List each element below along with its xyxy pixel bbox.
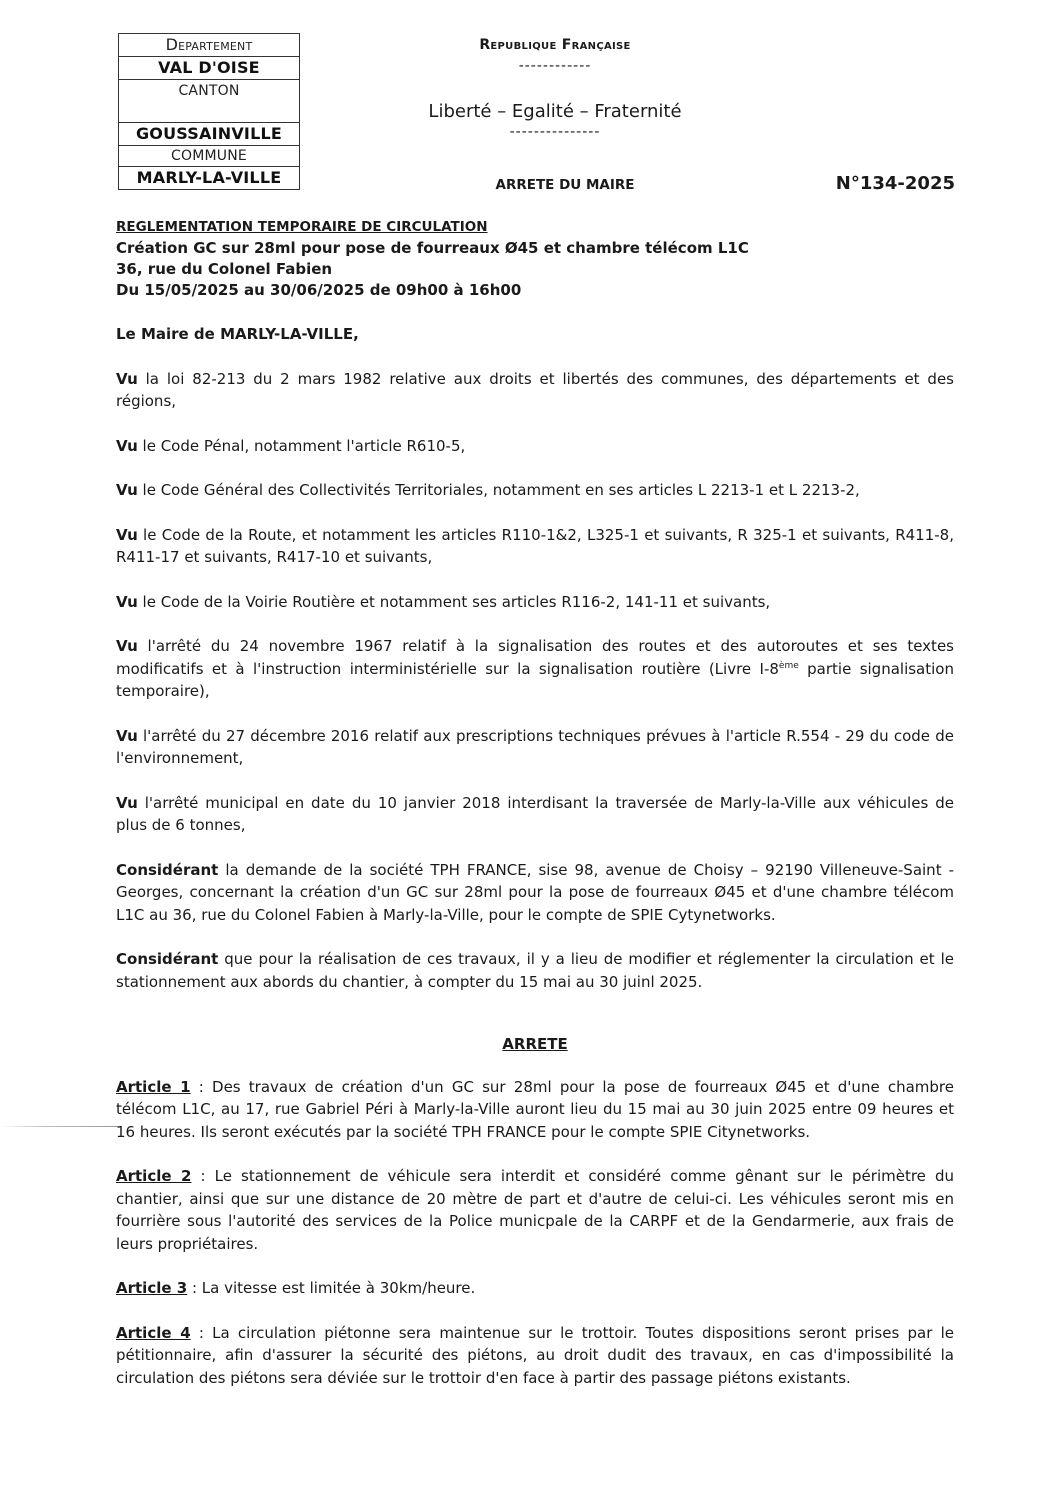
republic-motto: Liberté – Egalité – Fraternité [420, 101, 690, 122]
article-separator: : [191, 1167, 214, 1185]
article-text: Le stationnement de véhicule sera interd… [116, 1167, 954, 1253]
visa-paragraph: Vu l'arrêté du 24 novembre 1967 relatif … [116, 635, 954, 703]
article-label: Article 4 [116, 1324, 191, 1342]
article-paragraph: Article 3 : La vitesse est limitée à 30k… [116, 1277, 954, 1300]
article-separator: : [191, 1324, 213, 1342]
article-text: La circulation piétonne sera maintenue s… [116, 1324, 954, 1387]
visa-lead: Vu [116, 593, 138, 611]
visa-paragraph: Vu l'arrêté municipal en date du 10 janv… [116, 792, 954, 837]
superscript: ème [779, 661, 799, 671]
visa-paragraph: Vu le Code Général des Collectivités Ter… [116, 479, 954, 502]
visa-text: la loi 82-213 du 2 mars 1982 relative au… [116, 370, 954, 411]
visa-paragraph: Vu le Code de la Voirie Routière et nota… [116, 591, 954, 614]
document-body: REGLEMENTATION TEMPORAIRE DE CIRCULATION… [116, 217, 954, 1389]
visa-lead: Vu [116, 437, 138, 455]
article-text: Des travaux de création d'un GC sur 28ml… [116, 1078, 954, 1141]
visa-text: le Code Général des Collectivités Territ… [138, 481, 860, 499]
visa-text: l'arrêté du 27 décembre 2016 relatif aux… [116, 727, 954, 768]
visa-lead: Vu [116, 481, 138, 499]
article-separator: : [191, 1078, 212, 1096]
article-paragraph: Article 1 : Des travaux de création d'un… [116, 1076, 954, 1144]
considerant-lead: Considérant [116, 861, 218, 879]
subject-block: REGLEMENTATION TEMPORAIRE DE CIRCULATION… [116, 217, 954, 301]
subject-heading: REGLEMENTATION TEMPORAIRE DE CIRCULATION [116, 217, 954, 238]
visa-lead: Vu [116, 727, 138, 745]
articles-list: Article 1 : Des travaux de création d'un… [116, 1076, 954, 1390]
visas-list: Vu la loi 82-213 du 2 mars 1982 relative… [116, 368, 954, 837]
subject-address: 36, rue du Colonel Fabien [116, 259, 954, 280]
separator: --------------- [420, 124, 690, 140]
department-value: VAL D'OISE [119, 57, 299, 80]
visa-text: le Code de la Route, et notamment les ar… [116, 526, 954, 567]
mayor-line: Le Maire de MARLY-LA-VILLE, [116, 323, 954, 346]
visa-lead: Vu [116, 794, 138, 812]
commune-value: MARLY-LA-VILLE [119, 167, 299, 189]
document-number: N°134-2025 [820, 173, 955, 194]
document-type: ARRETE DU MAIRE [440, 177, 690, 193]
visa-text: le Code Pénal, notamment l'article R610-… [138, 437, 466, 455]
article-label: Article 2 [116, 1167, 191, 1185]
article-text: La vitesse est limitée à 30km/heure. [202, 1279, 476, 1297]
visa-paragraph: Vu le Code de la Route, et notamment les… [116, 524, 954, 569]
article-paragraph: Article 4 : La circulation piétonne sera… [116, 1322, 954, 1390]
subject-dates: Du 15/05/2025 au 30/06/2025 de 09h00 à 1… [116, 280, 954, 301]
article-paragraph: Article 2 : Le stationnement de véhicule… [116, 1165, 954, 1255]
considerants-list: Considérant la demande de la société TPH… [116, 859, 954, 994]
considerant-paragraph: Considérant la demande de la société TPH… [116, 859, 954, 927]
separator: ------------ [420, 58, 690, 74]
visa-paragraph: Vu l'arrêté du 27 décembre 2016 relatif … [116, 725, 954, 770]
decision-title: ARRETE [116, 1033, 954, 1056]
department-label: Departement [119, 34, 299, 57]
visa-lead: Vu [116, 637, 138, 655]
subject-line: Création GC sur 28ml pour pose de fourre… [116, 238, 954, 259]
canton-label: CANTON [119, 80, 299, 123]
scan-artifact-line [0, 1126, 118, 1127]
commune-label: COMMUNE [119, 146, 299, 167]
canton-value: GOUSSAINVILLE [119, 123, 299, 146]
considerant-text: la demande de la société TPH FRANCE, sis… [116, 861, 954, 924]
article-separator: : [187, 1279, 202, 1297]
visa-paragraph: Vu le Code Pénal, notamment l'article R6… [116, 435, 954, 458]
considerant-lead: Considérant [116, 950, 218, 968]
visa-paragraph: Vu la loi 82-213 du 2 mars 1982 relative… [116, 368, 954, 413]
visa-text: le Code de la Voirie Routière et notamme… [138, 593, 770, 611]
visa-text: l'arrêté municipal en date du 10 janvier… [116, 794, 954, 835]
considerant-paragraph: Considérant que pour la réalisation de c… [116, 948, 954, 993]
visa-lead: Vu [116, 370, 138, 388]
article-label: Article 1 [116, 1078, 191, 1096]
administrative-info-box: Departement VAL D'OISE CANTON GOUSSAINVI… [118, 33, 300, 190]
article-label: Article 3 [116, 1279, 187, 1297]
document-page: Departement VAL D'OISE CANTON GOUSSAINVI… [0, 0, 1058, 1496]
republic-title: Republique Française [420, 37, 690, 53]
considerant-text: que pour la réalisation de ces travaux, … [116, 950, 954, 991]
visa-lead: Vu [116, 526, 138, 544]
